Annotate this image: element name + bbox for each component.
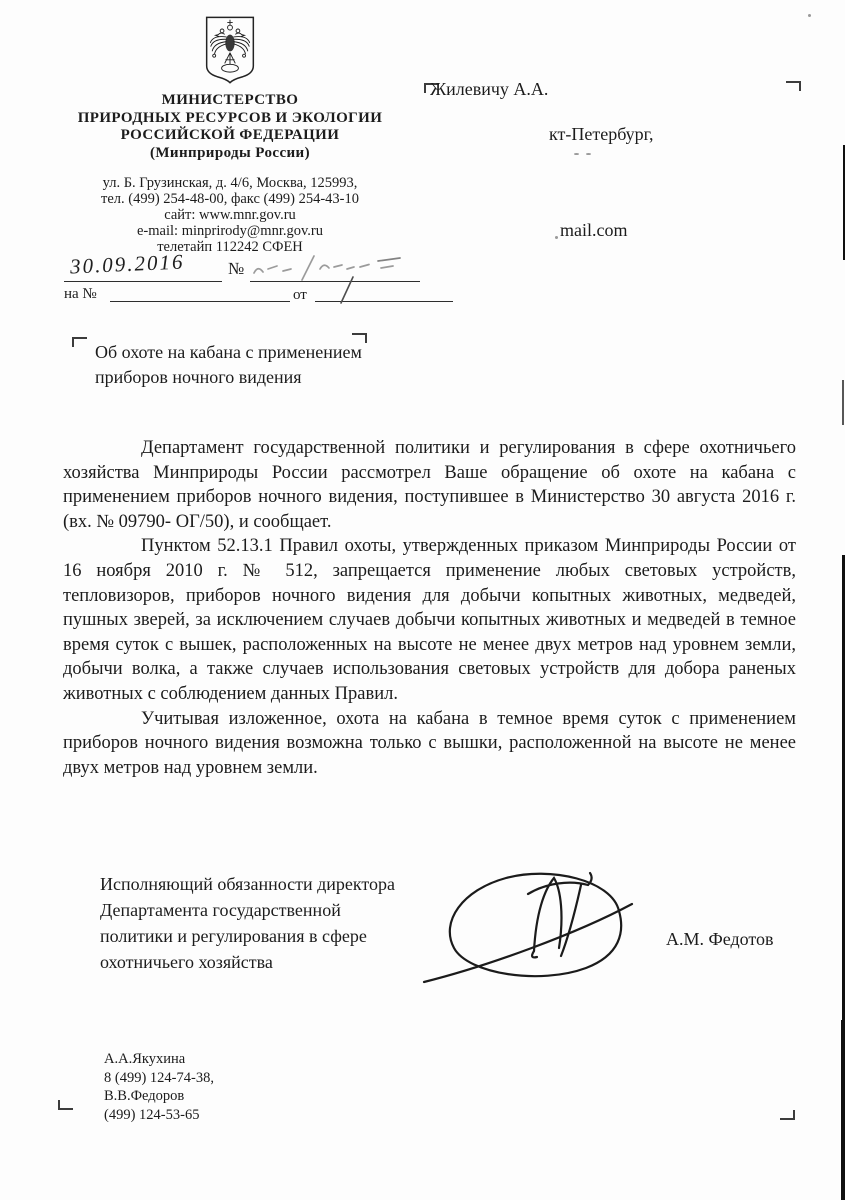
signer-role-line: Исполняющий обязанности директора [100,871,445,897]
erased-text-trace [574,153,579,155]
russian-coat-of-arms-icon [202,14,258,86]
recipient-city-fragment: кт-Петербург, [549,124,654,145]
address-corner-mark [786,81,801,91]
letterhead-email-line: e-mail: minprirody@mnr.gov.ru [40,223,420,239]
reply-number-underline [110,301,290,302]
recipient-email-fragment: mail.com [560,220,627,241]
scan-speck [808,14,811,17]
letterhead-phone-line: тел. (499) 254-48-00, факс (499) 254-43-… [40,191,420,207]
executor-contacts: А.А.Якухина 8 (499) 124-74-38, В.В.Федор… [104,1050,214,1124]
signer-role-line: политики и регулирования в сфере [100,923,445,949]
signer-name: А.М. Федотов [666,929,774,950]
scan-edge-artifact [842,380,844,425]
subject-block: Об охоте на кабана с применением приборо… [95,340,385,390]
signer-role-line: Департамента государственной [100,897,445,923]
scan-edge-artifact [841,1020,845,1200]
scanned-letter-page: МИНИСТЕРСТВО ПРИРОДНЫХ РЕСУРСОВ И ЭКОЛОГ… [0,0,845,1200]
signer-role-block: Исполняющий обязанности директора Департ… [100,871,445,975]
ministry-name-line: ПРИРОДНЫХ РЕСУРСОВ И ЭКОЛОГИИ [40,110,420,128]
executor-name: В.В.Федоров [104,1087,214,1106]
stray-pen-stroke [338,275,358,305]
recipient-name: Жилевичу А.А. [430,79,548,100]
subject-corner-mark [72,337,87,347]
body-paragraph: Учитывая изложенное, охота на кабана в т… [63,707,796,781]
reply-number-label: на № [64,286,97,303]
ministry-name-line: МИНИСТЕРСТВО [40,92,420,110]
erased-text-trace [586,153,591,155]
date-underline [64,281,222,282]
ministry-name-line: (Минприроды России) [40,145,420,163]
body-paragraph: Департамент государственной политики и р… [63,436,796,534]
number-underline [250,281,420,282]
reply-date-underline [315,301,453,302]
ministry-name-line: РОССИЙСКОЙ ФЕДЕРАЦИИ [40,127,420,145]
letter-body: Департамент государственной политики и р… [63,436,796,780]
number-label: № [228,259,244,279]
letterhead-site-line: сайт: www.mnr.gov.ru [40,207,420,223]
page-corner-mark [780,1110,795,1120]
executor-phone: 8 (499) 124-74-38, [104,1069,214,1088]
erased-text-trace [555,236,558,239]
subject-line: приборов ночного видения [95,365,385,390]
handwritten-date: 30.09.2016 [70,250,185,280]
executor-phone: (499) 124-53-65 [104,1106,214,1125]
letterhead: МИНИСТЕРСТВО ПРИРОДНЫХ РЕСУРСОВ И ЭКОЛОГ… [40,14,420,255]
letterhead-address-line: ул. Б. Грузинская, д. 4/6, Москва, 12599… [40,175,420,191]
handwritten-signature-icon [418,858,653,993]
signer-role-line: охотничьего хозяйства [100,949,445,975]
page-corner-mark [58,1100,73,1110]
subject-line: Об охоте на кабана с применением [95,340,385,365]
body-paragraph: Пунктом 52.13.1 Правил охоты, утвержденн… [63,534,796,706]
executor-name: А.А.Якухина [104,1050,214,1069]
reply-from-label: от [293,287,307,304]
